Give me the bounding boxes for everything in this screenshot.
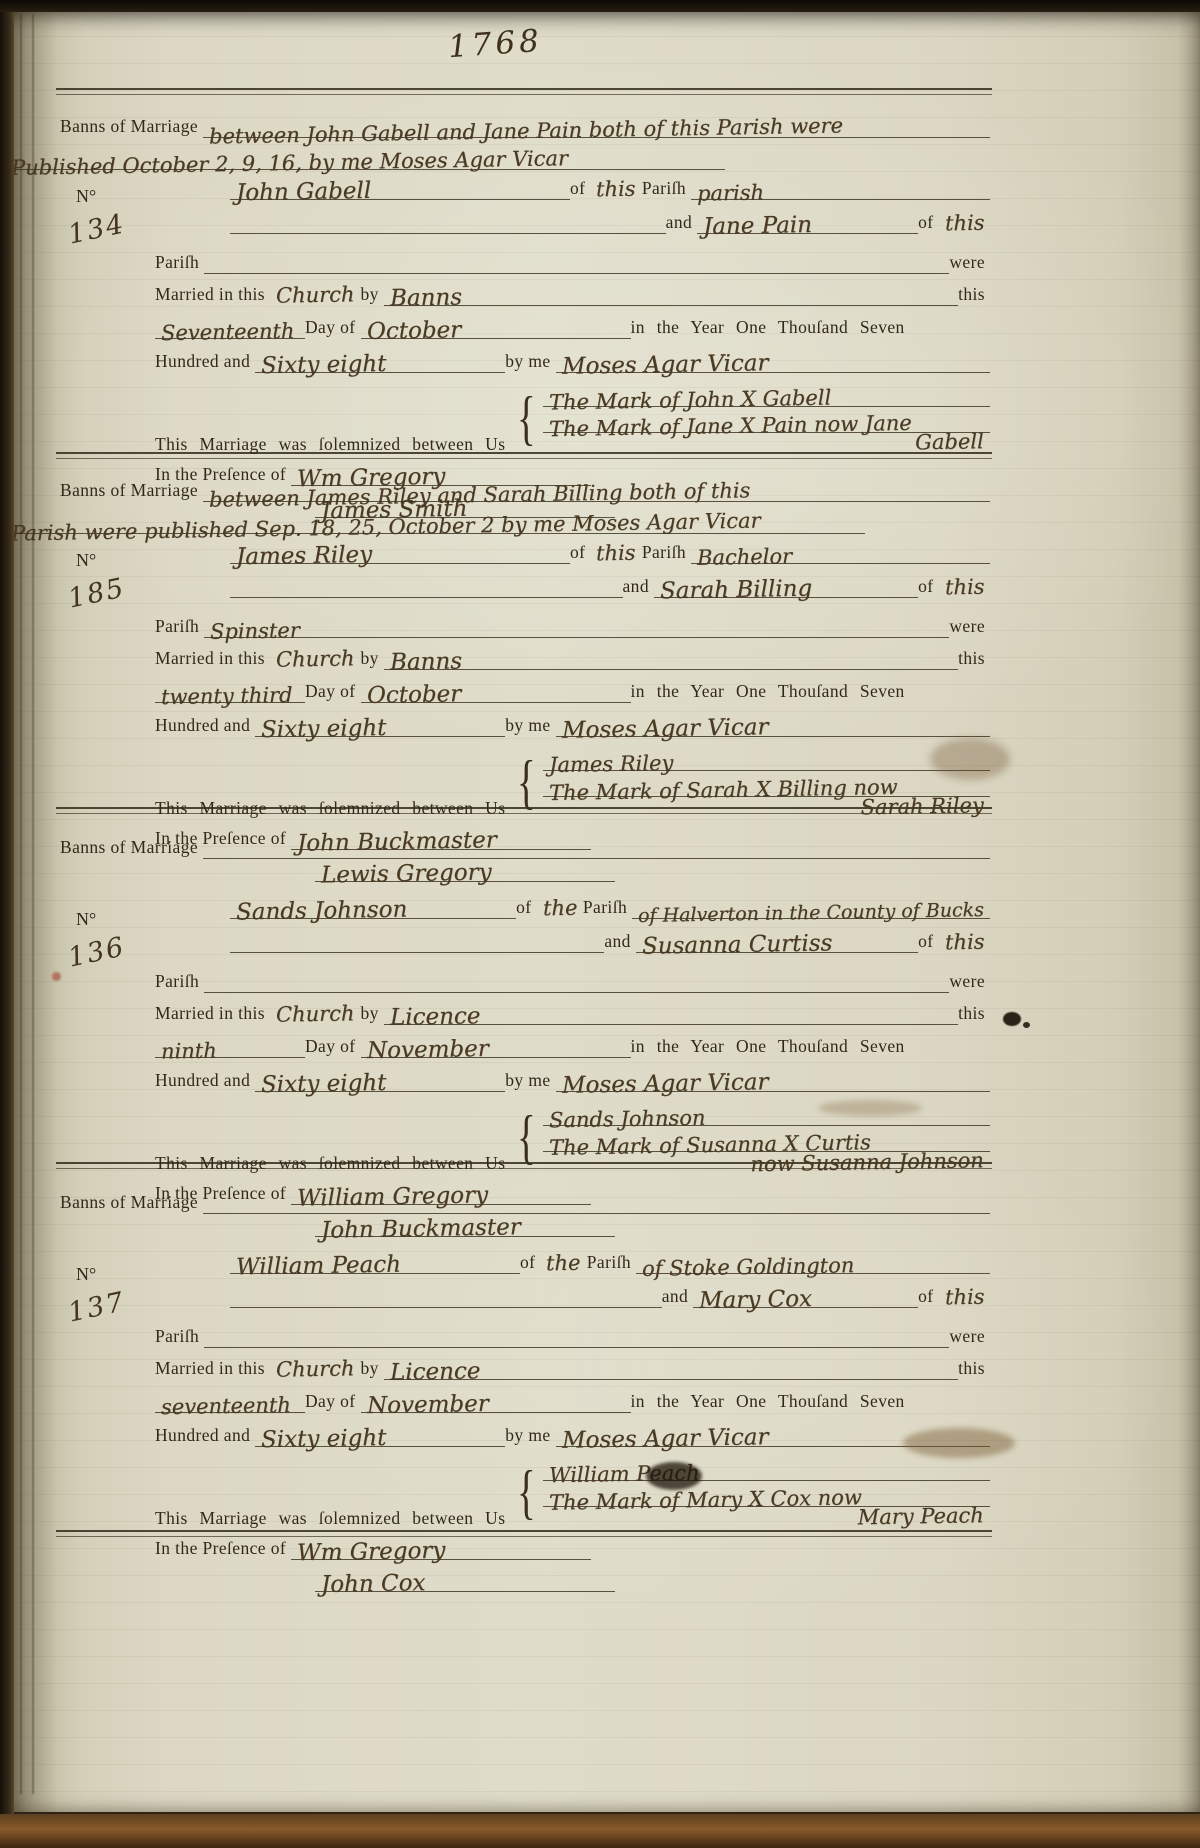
- married-place: Church: [270, 1358, 361, 1381]
- hundred-row: Hundred and Sixty eight by me Moses Agar…: [60, 345, 990, 373]
- day-of-label: Day of: [305, 681, 361, 703]
- hundred-row: Hundred and Sixty eight by me Moses Agar…: [60, 1064, 990, 1092]
- hundred-row: Hundred and Sixty eight by me Moses Agar…: [60, 709, 990, 737]
- ink-smudge: [903, 1428, 1015, 1458]
- parish-label: Pariſh: [587, 1252, 636, 1274]
- red-mark: [52, 972, 61, 981]
- banns-row: Banns of Marriage: [60, 1186, 990, 1214]
- married-row: Married in this Church by Licence this: [60, 997, 990, 1025]
- bride-name: Mary Cox: [693, 1288, 818, 1313]
- hundred-and-label: Hundred and: [155, 715, 255, 737]
- groom-name: William Peach: [230, 1253, 407, 1279]
- entry-number-label: N°: [76, 909, 96, 930]
- married-place: Church: [270, 284, 361, 307]
- bride-name: Sarah Billing: [654, 578, 819, 604]
- this-label: this: [958, 1003, 990, 1025]
- blank-gap: [60, 859, 990, 889]
- banns-overflow-row: Published October 2, 9, 16, by me Moses …: [5, 142, 990, 170]
- this-label: this: [958, 1358, 990, 1380]
- bride-row: and Sarah Billing of this: [60, 570, 990, 598]
- parish-detail: Spinster: [204, 620, 306, 643]
- year-words: Sixty eight: [255, 717, 393, 742]
- month-word: October: [360, 319, 467, 344]
- day-word: ninth: [155, 1040, 223, 1062]
- and-label: and: [662, 1286, 693, 1308]
- and-label: and: [623, 576, 654, 598]
- book-spine: [0, 0, 14, 1848]
- in-the-year-label: in the Year One Thouſand Seven: [631, 1036, 910, 1058]
- day-row: Seventeenth Day of October in the Year O…: [60, 311, 990, 339]
- groom-signature: James Riley: [543, 753, 680, 776]
- day-row: ninth Day of November in the Year One Th…: [60, 1030, 990, 1058]
- by-label: by: [360, 1358, 383, 1380]
- parish-label: Pariſh: [642, 178, 691, 200]
- groom-detail: of Halverton in the County of Bucks: [632, 901, 990, 926]
- groom-signature: The Mark of John X Gabell: [543, 387, 838, 413]
- day-word: twenty third: [155, 685, 299, 709]
- were-label: were: [949, 1326, 990, 1348]
- in-the-year-label: in the Year One Thouſand Seven: [631, 1391, 910, 1413]
- banns-label: Banns of Marriage: [60, 837, 203, 859]
- married-in-this-label: Married in this: [155, 1003, 270, 1025]
- witness2-row: John Cox: [60, 1564, 990, 1592]
- married-place: Church: [270, 648, 361, 671]
- bride-of-word: this: [938, 932, 990, 954]
- solemnized-row: This Marriage was ſolemnized between Us …: [60, 745, 990, 820]
- parish-row: Pariſh were: [60, 1320, 990, 1348]
- groom-name: Sands Johnson: [230, 898, 414, 924]
- by-label: by: [360, 284, 383, 306]
- married-by: Licence: [384, 1360, 487, 1385]
- banns-row: Banns of Marriage: [60, 831, 990, 859]
- by-me-label: by me: [505, 351, 555, 373]
- were-label: were: [949, 252, 990, 274]
- groom-name: James Riley: [230, 544, 378, 570]
- married-in-this-label: Married in this: [155, 1358, 270, 1380]
- day-row: twenty third Day of October in the Year …: [60, 675, 990, 703]
- banns-row: Banns of Marriage between John Gabell an…: [60, 110, 990, 138]
- and-label: and: [604, 931, 635, 953]
- groom-name: John Gabell: [230, 180, 378, 206]
- day-word: seventeenth: [155, 1395, 297, 1418]
- book-top-edge: [0, 0, 1200, 12]
- hundred-and-label: Hundred and: [155, 351, 255, 373]
- parish-row: Pariſh Spinster were: [60, 610, 990, 638]
- register-page: 1768 N° 134 Banns of Marriage between Jo…: [0, 10, 1200, 1812]
- marriage-entry-134: N° 134 Banns of Marriage between John Ga…: [60, 98, 990, 518]
- in-the-year-label: in the Year One Thouſand Seven: [631, 681, 910, 703]
- of-label: of: [520, 1252, 540, 1274]
- in-the-year-label: in the Year One Thouſand Seven: [631, 317, 910, 339]
- brace-glyph: {: [517, 1112, 536, 1163]
- solemnized-label: This Marriage was ſolemnized between Us: [155, 1508, 510, 1530]
- bride-name: Jane Pain: [697, 214, 818, 239]
- bride-row: and Jane Pain of this: [60, 206, 990, 234]
- bride-of-word: this: [938, 1287, 990, 1309]
- groom-of-word: this: [590, 179, 642, 201]
- parish-label: Pariſh: [642, 542, 691, 564]
- entry-separator: [56, 88, 992, 95]
- this-label: this: [958, 284, 990, 306]
- hundred-and-label: Hundred and: [155, 1425, 255, 1447]
- married-row: Married in this Church by Banns this: [60, 278, 990, 306]
- married-row: Married in this Church by Licence this: [60, 1352, 990, 1380]
- of-label: of: [918, 212, 938, 234]
- solemnized-row: This Marriage was ſolemnized between Us …: [60, 381, 990, 456]
- day-word: Seventeenth: [155, 321, 301, 345]
- by-label: by: [360, 1003, 383, 1025]
- day-of-label: Day of: [305, 1391, 361, 1413]
- parish-label: Pariſh: [155, 616, 204, 638]
- by-me-label: by me: [505, 1070, 555, 1092]
- ink-blot: [646, 1462, 702, 1490]
- ink-smudge: [930, 738, 1010, 780]
- married-row: Married in this Church by Banns this: [60, 642, 990, 670]
- ink-blot: [1023, 1022, 1030, 1028]
- brace-glyph: {: [517, 393, 536, 444]
- brace-glyph: {: [517, 757, 536, 808]
- bride-of-word: this: [938, 577, 990, 599]
- entry-number-label: N°: [76, 550, 96, 571]
- entry-number-label: N°: [76, 186, 96, 207]
- solemnized-row: This Marriage was ſolemnized between Us …: [60, 1455, 990, 1530]
- of-label: of: [918, 931, 938, 953]
- month-word: October: [360, 683, 467, 708]
- were-label: were: [949, 971, 990, 993]
- married-by: Banns: [384, 650, 468, 674]
- day-of-label: Day of: [305, 1036, 361, 1058]
- banns-label: Banns of Marriage: [60, 1192, 203, 1214]
- groom-of-word: the: [536, 898, 583, 920]
- parish-label: Pariſh: [155, 252, 204, 274]
- blank-gap: [60, 1214, 990, 1244]
- parish-label: Pariſh: [155, 1326, 204, 1348]
- officiant-signature: Moses Agar Vicar: [555, 1071, 774, 1098]
- witness2-signature: John Cox: [315, 1572, 432, 1597]
- year-words: Sixty eight: [255, 1072, 393, 1097]
- year-words: Sixty eight: [255, 1427, 393, 1452]
- groom-detail: parish: [691, 182, 770, 204]
- entry-number-label: N°: [76, 1264, 96, 1285]
- of-label: of: [570, 542, 590, 564]
- presence-label: In the Preſence of: [155, 1538, 291, 1560]
- married-by: Banns: [384, 286, 468, 310]
- bride-name: Susanna Curtiss: [636, 932, 839, 959]
- ink-smudge: [818, 1100, 922, 1116]
- witness1-signature: Wm Gregory: [291, 1540, 452, 1566]
- hundred-row: Hundred and Sixty eight by me Moses Agar…: [60, 1419, 990, 1447]
- groom-detail: Bachelor: [691, 546, 798, 569]
- page-edge: [20, 14, 22, 1794]
- bride-row: and Mary Cox of this: [60, 1280, 990, 1308]
- groom-row: Sands Johnson of the Pariſh of Halverton…: [60, 891, 990, 919]
- groom-signature: Sands Johnson: [543, 1108, 712, 1132]
- by-label: by: [360, 648, 383, 670]
- presence-row: In the Preſence of Wm Gregory: [60, 1532, 990, 1560]
- of-label: of: [918, 1286, 938, 1308]
- officiant-signature: Moses Agar Vicar: [555, 716, 774, 743]
- of-label: of: [570, 178, 590, 200]
- bride-of-word: this: [938, 213, 990, 235]
- hundred-and-label: Hundred and: [155, 1070, 255, 1092]
- bride-row: and Susanna Curtiss of this: [60, 925, 990, 953]
- brace-glyph: {: [517, 1467, 536, 1518]
- groom-detail: of Stoke Goldington: [636, 1255, 861, 1280]
- by-me-label: by me: [505, 1425, 555, 1447]
- groom-of-word: the: [540, 1253, 587, 1275]
- married-in-this-label: Married in this: [155, 284, 270, 306]
- officiant-signature: Moses Agar Vicar: [555, 1426, 774, 1453]
- desk-edge: [0, 1814, 1200, 1848]
- of-label: of: [918, 576, 938, 598]
- year-heading: 1768: [447, 23, 544, 66]
- year-words: Sixty eight: [255, 353, 393, 378]
- marriage-entry-137: N° 137 Banns of Marriage William Peach o…: [60, 1172, 990, 1592]
- this-label: this: [958, 648, 990, 670]
- day-row: seventeenth Day of November in the Year …: [60, 1385, 990, 1413]
- ink-blot: [1003, 1012, 1021, 1026]
- parish-row: Pariſh were: [60, 246, 990, 274]
- were-label: were: [949, 616, 990, 638]
- parish-label: Pariſh: [155, 971, 204, 993]
- solemnized-label: This Marriage was ſolemnized between Us: [155, 434, 510, 456]
- banns-overflow-row: Parish were published Sep. 18, 25, Octob…: [5, 506, 990, 534]
- groom-of-word: this: [590, 543, 642, 565]
- married-by: Licence: [384, 1005, 487, 1030]
- banns-label: Banns of Marriage: [60, 116, 203, 138]
- and-label: and: [666, 212, 697, 234]
- parish-label: Pariſh: [583, 897, 632, 919]
- by-me-label: by me: [505, 715, 555, 737]
- banns-label: Banns of Marriage: [60, 480, 203, 502]
- married-in-this-label: Married in this: [155, 648, 270, 670]
- officiant-signature: Moses Agar Vicar: [555, 352, 774, 379]
- banns-row: Banns of Marriage between James Riley an…: [60, 474, 990, 502]
- register-photo: 1768 N° 134 Banns of Marriage between Jo…: [0, 0, 1200, 1848]
- day-of-label: Day of: [305, 317, 361, 339]
- of-label: of: [516, 897, 536, 919]
- groom-row: William Peach of the Pariſh of Stoke Gol…: [60, 1246, 990, 1274]
- page-edge: [32, 14, 34, 1794]
- married-place: Church: [270, 1003, 361, 1026]
- month-word: November: [360, 1393, 494, 1418]
- month-word: November: [360, 1038, 494, 1063]
- parish-row: Pariſh were: [60, 965, 990, 993]
